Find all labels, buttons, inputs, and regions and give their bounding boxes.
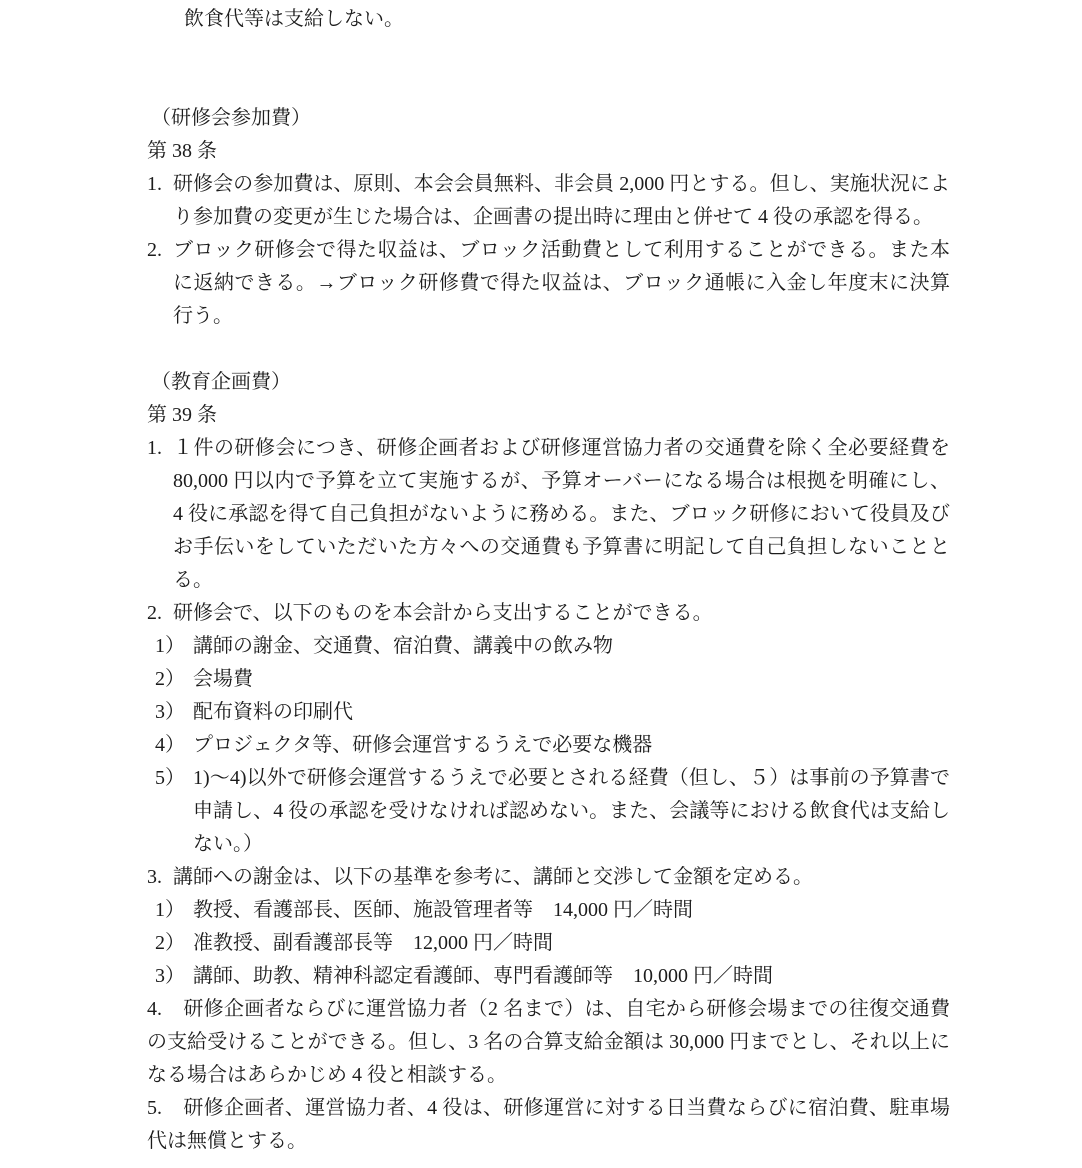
article-39-item-2-sub-1: 1） 講師の謝金、交通費、宿泊費、講義中の飲み物 bbox=[147, 630, 950, 663]
article-39-item-2: 2. 研修会で、以下のものを本会計から支出することができる。 bbox=[147, 597, 950, 630]
item-body: 講師、助教、精神科認定看護師、専門看護師等 10,000 円／時間 bbox=[193, 960, 950, 993]
item-text-line: 行う。 bbox=[173, 300, 950, 333]
fee-line-professor: 教授、看護部長、医師、施設管理者等 14,000 円／時間 bbox=[193, 894, 950, 927]
sub-item-number: 2） bbox=[155, 927, 193, 960]
article-39-item-1: 1. １件の研修会につき、研修企画者および研修運営協力者の交通費を除く全必要経費… bbox=[147, 432, 950, 597]
item-text-line: 講師への謝金は、以下の基準を参考に、講師と交渉して金額を定める。 bbox=[173, 861, 950, 894]
item-text-line: １件の研修会につき、研修企画者および研修運営協力者の交通費を除く全必要経費を bbox=[173, 432, 950, 465]
article-39-item-5: 5.研修企画者、運営協力者、4 役は、研修運営に対する日当費ならびに宿泊費、駐車… bbox=[147, 1092, 950, 1158]
item-text-line: プロジェクタ等、研修会運営するうえで必要な機器 bbox=[193, 729, 950, 762]
item-text: 研修企画者、運営協力者、4 役は、研修運営に対する日当費ならびに宿泊費、駐車場 bbox=[183, 1097, 950, 1119]
article-39-item-2-sub-4: 4） プロジェクタ等、研修会運営するうえで必要な機器 bbox=[147, 729, 950, 762]
item-text-line: 80,000 円以内で予算を立て実施するが、予算オーバーになる場合は根拠を明確に… bbox=[173, 465, 950, 498]
item-text-line: 代は無償とする。 bbox=[147, 1125, 950, 1158]
sub-item-number: 5） bbox=[155, 762, 193, 795]
item-text-line: 研修会で、以下のものを本会計から支出することができる。 bbox=[173, 597, 950, 630]
item-text-line: 5.研修企画者、運営協力者、4 役は、研修運営に対する日当費ならびに宿泊費、駐車… bbox=[147, 1092, 950, 1125]
article-39-number: 第 39 条 bbox=[147, 399, 950, 432]
item-text-line: の支給受けることができる。但し、3 名の合算支給金額は 30,000 円までとし… bbox=[147, 1026, 950, 1059]
item-text-line: ブロック研修会で得た収益は、ブロック活動費として利用することができる。また本会 bbox=[173, 234, 950, 267]
article-39-section-label: （教育企画費） bbox=[151, 366, 950, 399]
sub-item-number: 1） bbox=[155, 894, 193, 927]
article-39-item-3: 3. 講師への謝金は、以下の基準を参考に、講師と交渉して金額を定める。 bbox=[147, 861, 950, 894]
item-text-line: 研修会の参加費は、原則、本会会員無料、非会員 2,000 円とする。但し、実施状… bbox=[173, 168, 950, 201]
item-text-line: 1)～4)以外で研修会運営するうえで必要とされる経費（但し、５）は事前の予算書で bbox=[193, 762, 950, 795]
item-body: 教授、看護部長、医師、施設管理者等 14,000 円／時間 bbox=[193, 894, 950, 927]
item-number: 2. bbox=[147, 234, 173, 267]
item-number: 5. bbox=[147, 1092, 183, 1125]
sub-item-number: 4） bbox=[155, 729, 193, 762]
article-39-item-2-sub-2: 2） 会場費 bbox=[147, 663, 950, 696]
item-text-line: に返納できる。→ブロック研修費で得た収益は、ブロック通帳に入金し年度末に決算を bbox=[173, 267, 950, 300]
item-text-line: 講師の謝金、交通費、宿泊費、講義中の飲み物 bbox=[193, 630, 950, 663]
item-body: ブロック研修会で得た収益は、ブロック活動費として利用することができる。また本会 … bbox=[173, 234, 950, 333]
item-body: 研修会の参加費は、原則、本会会員無料、非会員 2,000 円とする。但し、実施状… bbox=[173, 168, 950, 234]
item-body: 研修会で、以下のものを本会計から支出することができる。 bbox=[173, 597, 950, 630]
item-text-line: 配布資料の印刷代 bbox=[193, 696, 950, 729]
article-39-item-4: 4.研修企画者ならびに運営協力者（2 名まで）は、自宅から研修会場までの往復交通… bbox=[147, 993, 950, 1092]
sub-item-number: 3） bbox=[155, 960, 193, 993]
item-body: 講師の謝金、交通費、宿泊費、講義中の飲み物 bbox=[193, 630, 950, 663]
article-38-number: 第 38 条 bbox=[147, 135, 950, 168]
item-number: 2. bbox=[147, 597, 173, 630]
fee-line-lecturer: 講師、助教、精神科認定看護師、専門看護師等 10,000 円／時間 bbox=[193, 960, 950, 993]
item-body: プロジェクタ等、研修会運営するうえで必要な機器 bbox=[193, 729, 950, 762]
item-text-line: る。 bbox=[173, 564, 950, 597]
item-body: 准教授、副看護部長等 12,000 円／時間 bbox=[193, 927, 950, 960]
sub-item-number: 1） bbox=[155, 630, 193, 663]
item-text: 研修企画者ならびに運営協力者（2 名まで）は、自宅から研修会場までの往復交通費 bbox=[183, 998, 950, 1020]
item-body: 1)～4)以外で研修会運営するうえで必要とされる経費（但し、５）は事前の予算書で… bbox=[193, 762, 950, 861]
item-number: 3. bbox=[147, 861, 173, 894]
fee-line-associate-professor: 准教授、副看護部長等 12,000 円／時間 bbox=[193, 927, 950, 960]
item-body: １件の研修会につき、研修企画者および研修運営協力者の交通費を除く全必要経費を 8… bbox=[173, 432, 950, 597]
article-38-item-2: 2. ブロック研修会で得た収益は、ブロック活動費として利用することができる。また… bbox=[147, 234, 950, 333]
sub-item-number: 3） bbox=[155, 696, 193, 729]
item-text-line: なる場合はあらかじめ 4 役と相談する。 bbox=[147, 1059, 950, 1092]
item-number: 1. bbox=[147, 432, 173, 465]
sub-item-number: 2） bbox=[155, 663, 193, 696]
article-39-item-3-sub-1: 1） 教授、看護部長、医師、施設管理者等 14,000 円／時間 bbox=[147, 894, 950, 927]
item-text-line: 申請し、4 役の承認を受けなければ認めない。また、会議等における飲食代は支給し bbox=[193, 795, 950, 828]
item-number: 1. bbox=[147, 168, 173, 201]
item-text-line: 4.研修企画者ならびに運営協力者（2 名まで）は、自宅から研修会場までの往復交通… bbox=[147, 993, 950, 1026]
item-body: 講師への謝金は、以下の基準を参考に、講師と交渉して金額を定める。 bbox=[173, 861, 950, 894]
item-body: 会場費 bbox=[193, 663, 950, 696]
item-text-line: 会場費 bbox=[193, 663, 950, 696]
item-body: 配布資料の印刷代 bbox=[193, 696, 950, 729]
article-38-section-label: （研修会参加費） bbox=[151, 102, 950, 135]
item-text-line: お手伝いをしていただいた方々への交通費も予算書に明記して自己負担しないこととす bbox=[173, 531, 950, 564]
document-content: 飲食代等は支給しない。 （研修会参加費） 第 38 条 1. 研修会の参加費は、… bbox=[0, 0, 1082, 1158]
article-39-item-3-sub-3: 3） 講師、助教、精神科認定看護師、専門看護師等 10,000 円／時間 bbox=[147, 960, 950, 993]
continuation-paragraph-line: 飲食代等は支給しない。 bbox=[184, 3, 950, 36]
article-39-item-2-sub-5: 5） 1)～4)以外で研修会運営するうえで必要とされる経費（但し、５）は事前の予… bbox=[147, 762, 950, 861]
item-text-line: ない。） bbox=[193, 828, 950, 861]
article-38-item-1: 1. 研修会の参加費は、原則、本会会員無料、非会員 2,000 円とする。但し、… bbox=[147, 168, 950, 234]
blank-space bbox=[147, 333, 950, 366]
item-text-line: り参加費の変更が生じた場合は、企画書の提出時に理由と併せて 4 役の承認を得る。 bbox=[173, 201, 950, 234]
item-text-line: 4 役に承認を得て自己負担がないように務める。また、ブロック研修において役員及び bbox=[173, 498, 950, 531]
article-39-item-2-sub-3: 3） 配布資料の印刷代 bbox=[147, 696, 950, 729]
item-number: 4. bbox=[147, 993, 183, 1026]
page: 飲食代等は支給しない。 （研修会参加費） 第 38 条 1. 研修会の参加費は、… bbox=[0, 0, 1082, 1168]
article-39-item-3-sub-2: 2） 准教授、副看護部長等 12,000 円／時間 bbox=[147, 927, 950, 960]
blank-space bbox=[147, 36, 950, 102]
